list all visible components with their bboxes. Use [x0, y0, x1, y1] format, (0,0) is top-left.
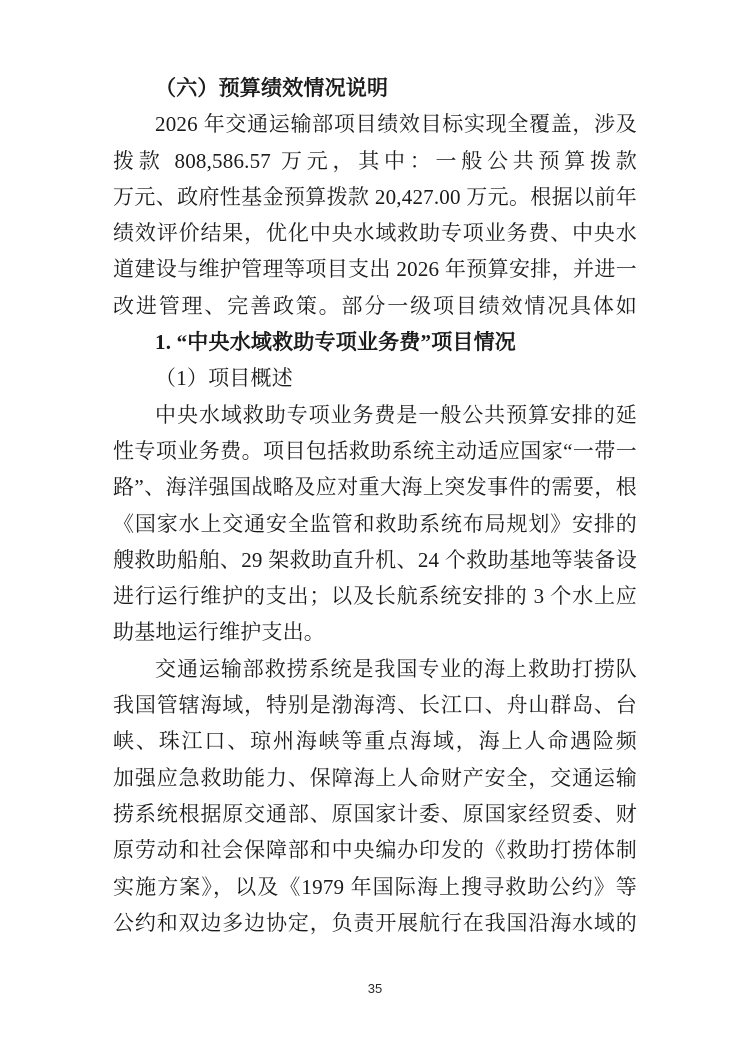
body-text-line: 公约和双边多边协定，负责开展航行在我国沿海水域的国内	[113, 905, 637, 941]
body-text-line: 我国管辖海域，特别是渤海湾、长江口、舟山群岛、台湾海	[113, 687, 637, 723]
body-text-line: 绩效评价结果，优化中央水域救助专项业务费、中央水域航	[113, 215, 637, 251]
body-text-line: 中央水域救助专项业务费是一般公共预算安排的延续	[113, 397, 637, 433]
body-text-line: 峡、珠江口、琼州海峡等重点海域，海上人命遇险频发。为	[113, 723, 637, 759]
body-text-line: 加强应急救助能力、保障海上人命财产安全，交通运输部救	[113, 760, 637, 796]
section-heading-budget-performance: （六）预算绩效情况说明	[113, 70, 637, 106]
body-text-line: 捞系统根据原交通部、原国家计委、原国家经贸委、财政部、	[113, 796, 637, 832]
body-text-line: 艘救助船舶、29 架救助直升机、24 个救助基地等装备设施	[113, 542, 637, 578]
body-text-line: 实施方案》，以及《1979 年国际海上搜寻救助公约》等国际	[113, 869, 637, 905]
body-text-line: 交通运输部救捞系统是我国专业的海上救助打捞队伍。	[113, 651, 637, 687]
body-text-line: 助基地运行维护支出。	[113, 614, 637, 650]
body-text-line: 2026 年交通运输部项目绩效目标实现全覆盖，涉及预算	[113, 106, 637, 142]
heading-central-waters-rescue-project: 1. “中央水域救助专项业务费”项目情况	[113, 324, 637, 360]
body-text-line: 《国家水上交通安全监管和救助系统布局规划》安排的 70	[113, 506, 637, 542]
document-body: （六）预算绩效情况说明 2026 年交通运输部项目绩效目标实现全覆盖，涉及预算 …	[113, 70, 637, 941]
subheading-project-overview: （1）项目概述	[113, 360, 637, 396]
body-text-line: 路”、海洋强国战略及应对重大海上突发事件的需要，根据	[113, 469, 637, 505]
body-text-line: 万元、政府性基金预算拨款 20,427.00 万元。根据以前年度	[113, 179, 637, 215]
body-text-line: 进行运行维护的支出；以及长航系统安排的 3 个水上应急救	[113, 578, 637, 614]
body-text-line: 原劳动和社会保障部和中央编办印发的《救助打捞体制改革	[113, 832, 637, 868]
body-text-line: 改进管理、完善政策。部分一级项目绩效情况具体如下：	[113, 288, 637, 324]
body-text-line: 拨款 808,586.57 万元，其中：一般公共预算拨款 788,159.57	[113, 143, 637, 179]
document-page: （六）预算绩效情况说明 2026 年交通运输部项目绩效目标实现全覆盖，涉及预算 …	[0, 0, 750, 1060]
body-text-line: 性专项业务费。项目包括救助系统主动适应国家“一带一	[113, 433, 637, 469]
page-number: 35	[0, 980, 750, 998]
body-text-line: 道建设与维护管理等项目支出 2026 年预算安排，并进一步	[113, 251, 637, 287]
